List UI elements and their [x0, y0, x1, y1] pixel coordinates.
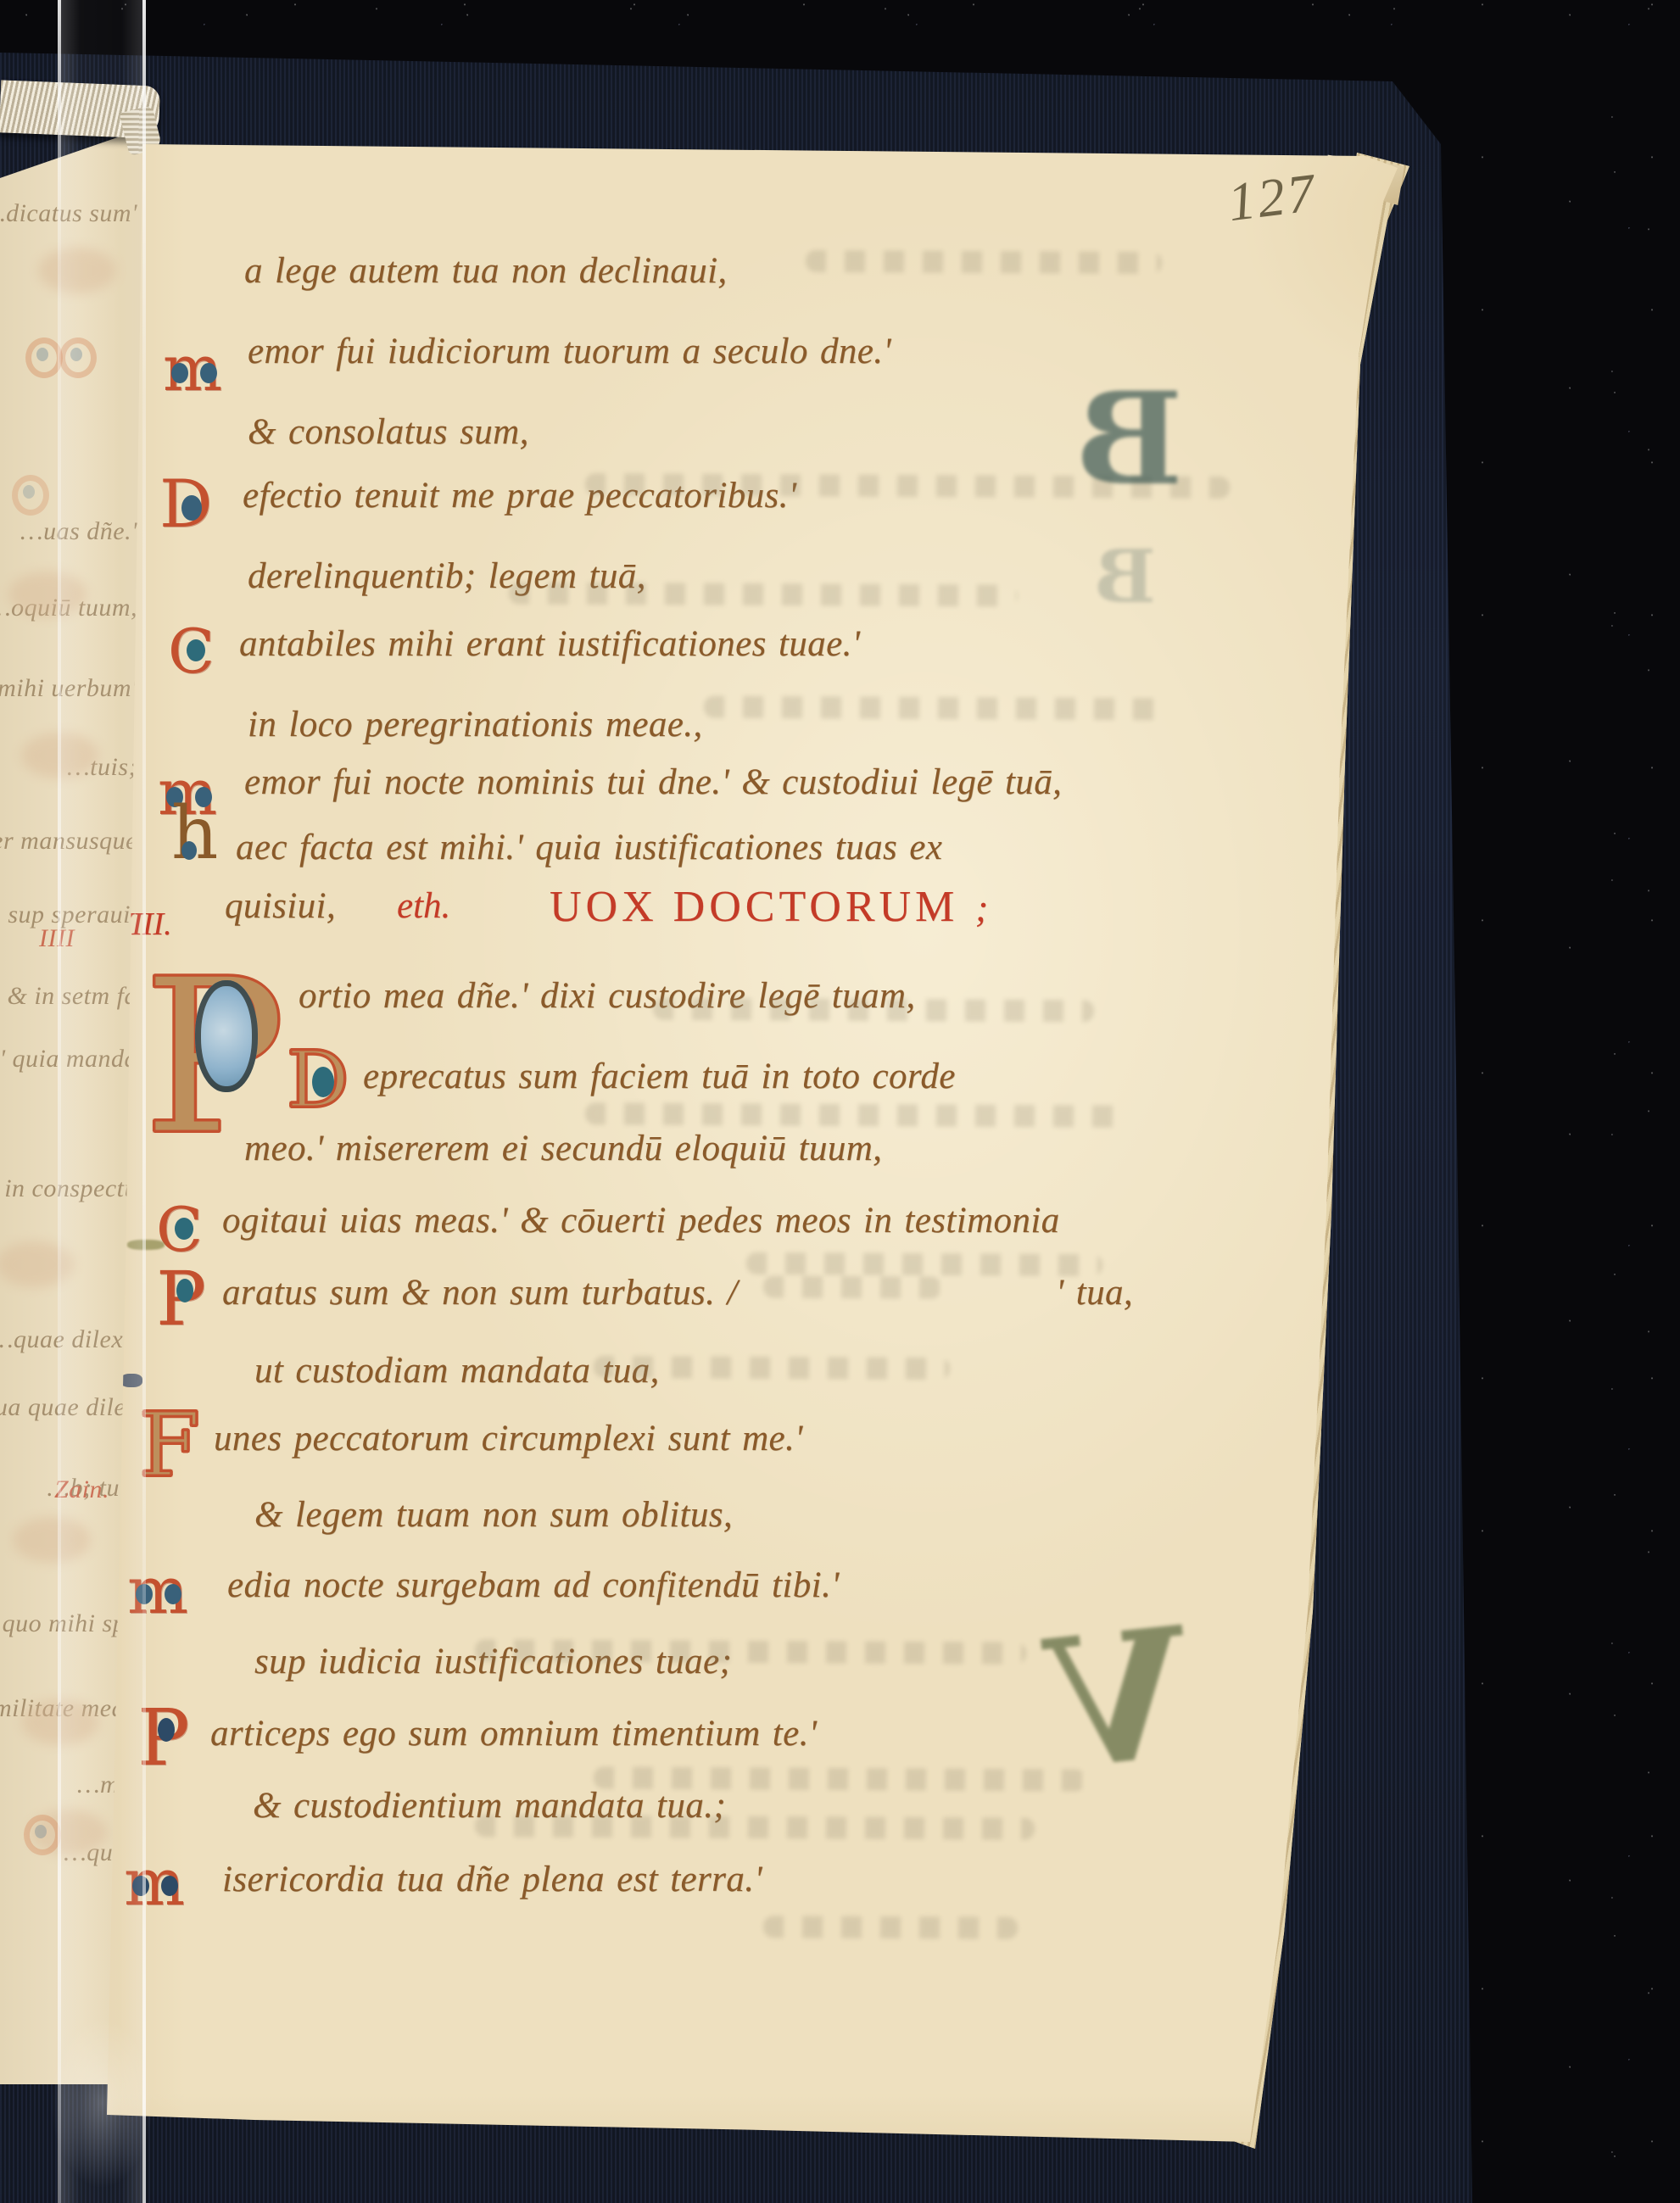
- bleedthrough-initial-B: B: [1075, 365, 1183, 514]
- initial-counter-dot: [161, 1876, 178, 1896]
- decorated-initial-D: D: [287, 1041, 349, 1119]
- facing-page-initial-ring: [24, 1815, 61, 1855]
- text-line: isericordia tua dñe plena est terra.': [222, 1859, 762, 1900]
- decorated-initial-C: C: [156, 1199, 203, 1260]
- decorated-initial-M: m: [163, 337, 222, 400]
- initial-counter-dot: [181, 841, 197, 860]
- ghost-text-smudge: [594, 1356, 950, 1380]
- text-line: articeps ego sum omnium timentium te.': [210, 1713, 817, 1754]
- text-line: edia nocte surgebam ad confitendū tibi.': [227, 1564, 840, 1606]
- text-line: emor fui iudiciorum tuorum a seculo dne.…: [248, 331, 891, 372]
- decorated-initial-D: D: [159, 471, 213, 538]
- plexiglass-glint: [51, 2018, 153, 2188]
- facing-page-initial-dot: [36, 348, 48, 361]
- decorated-initial-P: P: [156, 1262, 206, 1336]
- ghost-text-smudge: [806, 250, 1162, 274]
- decorated-initial-F: F: [139, 1401, 200, 1489]
- decorated-initial-h: h: [171, 797, 218, 870]
- ghost-text-smudge: [653, 998, 1094, 1023]
- rubric-punct: ;: [975, 885, 988, 930]
- text-line: unes peccatorum circumplexi sunt me.': [214, 1418, 803, 1459]
- text-line: & legem tuam non sum oblitus,: [254, 1494, 733, 1536]
- big-initial-bowl-fill: [195, 980, 258, 1092]
- ghost-text-smudge: [704, 696, 1162, 721]
- bleedthrough-initial-B-faint: B: [1094, 534, 1156, 620]
- initial-counter-dot: [165, 1584, 181, 1604]
- initial-counter-dot: [175, 1218, 193, 1240]
- plexiglass-strip: [58, 0, 146, 2203]
- rubric-title: UOX DOCTORUM: [550, 882, 958, 932]
- rubric-abbrev: eth.: [397, 885, 450, 927]
- text-line: & consolatus sum,: [248, 411, 529, 453]
- initial-counter-dot: [176, 1279, 193, 1302]
- initial-counter-dot: [158, 1718, 175, 1742]
- initial-counter-dot: [171, 363, 188, 383]
- text-line: aec facta est mihi.' quia iustificatione…: [236, 827, 942, 868]
- decorated-initial-C: C: [168, 621, 215, 682]
- text-line: meo.' misererem ei secundū eloquiū tuum,: [244, 1128, 882, 1169]
- text-line-right-fragment: ' tua,: [1056, 1272, 1133, 1313]
- initial-counter-dot: [200, 363, 217, 383]
- text-line: eprecatus sum faciem tuā in toto corde: [363, 1056, 956, 1097]
- text-line: in loco peregrinationis meae.,: [248, 704, 703, 745]
- ghost-text-smudge: [475, 1815, 1035, 1839]
- initial-counter-dot: [187, 639, 205, 661]
- ghost-text-smudge: [594, 1766, 1086, 1791]
- initial-counter-dot: [312, 1067, 334, 1097]
- text-line: a lege autem tua non declinaui,: [244, 250, 728, 292]
- facing-page-initial-dot: [23, 485, 35, 499]
- text-line: aratus sum & non sum turbatus. /' tua,: [222, 1272, 738, 1313]
- text-line: emor fui nocte nominis tui dne.' & custo…: [244, 761, 1062, 803]
- rubric-lead-in: quisiui,: [225, 885, 336, 927]
- initial-counter-dot: [181, 495, 202, 521]
- ghost-text-smudge: [509, 582, 1018, 606]
- ghost-text-smudge: [746, 1252, 1102, 1276]
- ghost-text-smudge: [763, 1916, 1018, 1939]
- bleedthrough-initial-V: V: [1040, 1587, 1199, 1810]
- facing-page-initial-dot: [35, 1825, 47, 1838]
- text-line: ogitaui uias meas.' & cōuerti pedes meos…: [222, 1200, 1060, 1241]
- facing-page-initial-ring: [12, 475, 49, 516]
- ghost-text-smudge: [475, 1639, 1026, 1664]
- ghost-text-smudge: [763, 1275, 941, 1298]
- text-line: antabiles mihi erant iustificationes tua…: [239, 623, 860, 665]
- folio-number: 127: [1225, 161, 1320, 234]
- ghost-text-smudge: [585, 1102, 1128, 1127]
- manuscript-photo: …dicatus sum'…uas dñe.'…oquiū tuum,…b; m…: [0, 0, 1680, 2203]
